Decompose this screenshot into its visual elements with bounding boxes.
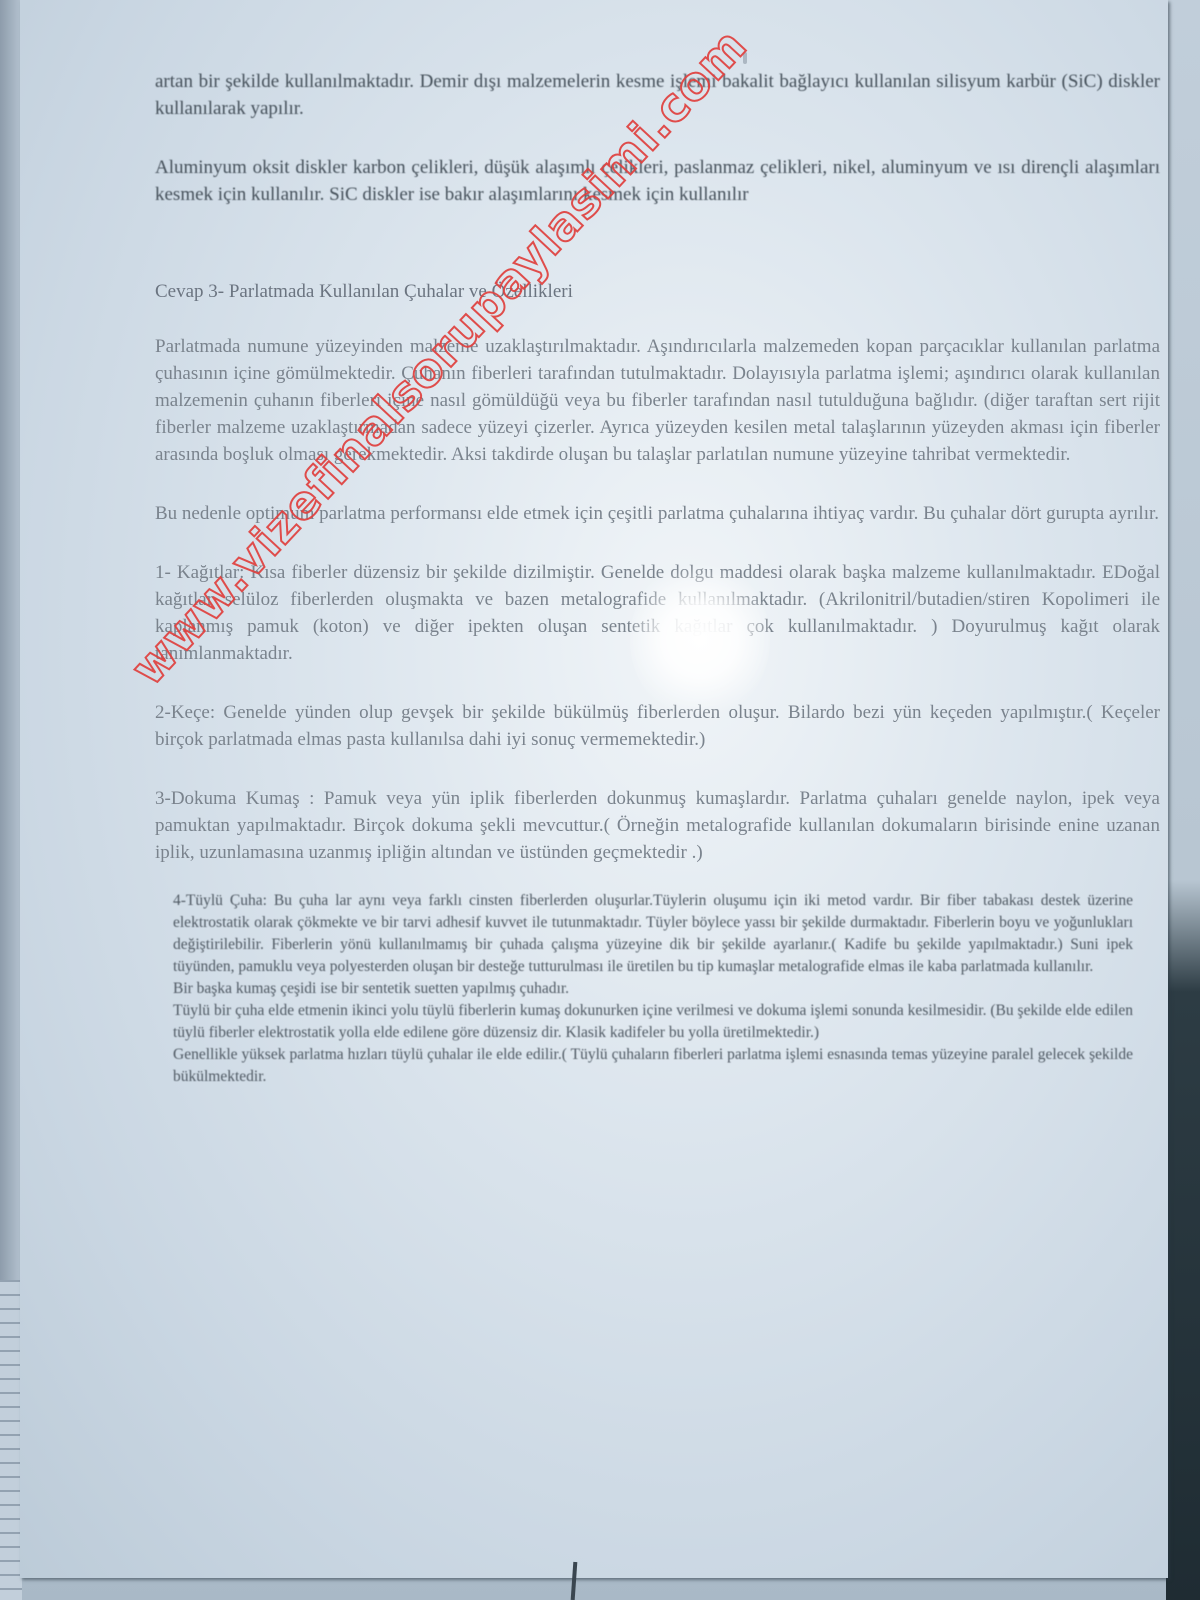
background-right-edge	[1166, 0, 1200, 1600]
napped-cloth-paragraph: Bir başka kumaş çeşidi ise bir sentetik …	[173, 978, 1133, 1000]
napped-cloth-paragraph: Tüylü bir çuha elde etmenin ikinci yolu …	[173, 1000, 1133, 1044]
napped-cloth-paragraph: Genellikle yüksek parlatma hızları tüylü…	[173, 1044, 1133, 1088]
list-item-napped-cloth: 4-Tüylü Çuha: Bu çuha lar aynı veya fark…	[173, 890, 1133, 1088]
list-item-woven-cloth: 3-Dokuma Kumaş : Pamuk veya yün iplik fi…	[155, 785, 1160, 866]
paper-page: artan bir şekilde kullanılmaktadır. Demi…	[20, 0, 1168, 1578]
napped-cloth-paragraph: 4-Tüylü Çuha: Bu çuha lar aynı veya fark…	[173, 890, 1133, 978]
paragraph-polishing-intro: Parlatmada numune yüzeyinden malzeme uza…	[155, 333, 1160, 468]
paragraph-alumina-discs: Aluminyum oksit diskler karbon çelikleri…	[155, 154, 1160, 208]
list-item-papers: 1- Kağıtlar: Kısa fiberler düzensiz bir …	[155, 559, 1160, 667]
section-heading: Cevap 3- Parlatmada Kullanılan Çuhalar v…	[155, 278, 1160, 305]
ruler-markings	[0, 1280, 22, 1600]
desk-edge-left	[0, 0, 22, 1600]
list-item-felt: 2-Keçe: Genelde yünden olup gevşek bir ş…	[155, 699, 1160, 753]
document-body: artan bir şekilde kullanılmaktadır. Demi…	[155, 68, 1160, 1088]
